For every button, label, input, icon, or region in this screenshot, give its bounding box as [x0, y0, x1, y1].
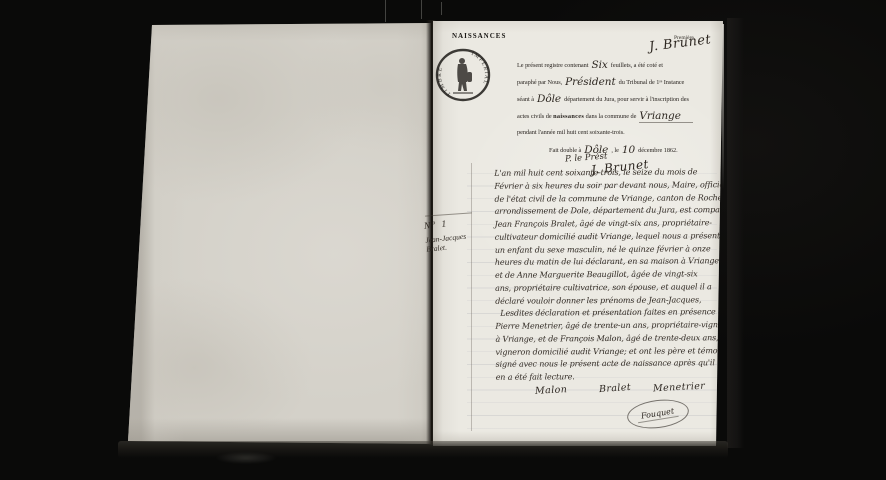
- preamble-line: paraphé par Nous,Présidentdu Tribunal de…: [517, 73, 723, 90]
- scanned-register-spread: NAISSANCES Première. J. Brunet TIMBRE IM…: [0, 0, 886, 480]
- page-crease: [113, 33, 135, 433]
- preamble-line: actes civils de naissances dans la commu…: [517, 107, 723, 124]
- act-line: Février à six heures du soir par devant …: [494, 179, 716, 193]
- preamble-line: Fait double àDôle, le10décembre 1862.: [517, 141, 723, 158]
- hand-fill-title: Président: [565, 76, 616, 88]
- left-page-blank: [127, 23, 431, 444]
- svg-text:IMPÉRIAL: IMPÉRIAL: [470, 51, 489, 86]
- witness-signature: Malon: [535, 384, 568, 397]
- preamble-line: séant àDôledépartement du Jura, pour ser…: [517, 90, 723, 107]
- act-line: à Vriange, et de François Malon, âgé de …: [495, 332, 717, 346]
- book-edge-shadow: [727, 18, 744, 448]
- hand-fill-commune: Vriange: [639, 110, 693, 123]
- registrar-signature-top: J. Brunet: [648, 32, 712, 54]
- mayor-seal-signature: Fouquet: [626, 396, 691, 431]
- act-line: signé avec nous le présent acte de naiss…: [496, 357, 718, 371]
- scan-smudge: [214, 452, 278, 464]
- act-line: et de Anne Marguerite Beaugillot, âgée d…: [495, 268, 717, 282]
- stamp-figure-icon: [453, 58, 473, 93]
- preamble-line: Le présent registre contenantSixfeuillet…: [517, 56, 723, 73]
- hand-fill-day: 10: [622, 144, 635, 156]
- film-scratch: [421, 0, 422, 19]
- page-crease: [120, 27, 143, 439]
- father-signature: Bralet: [599, 382, 632, 395]
- margin-rule-line: [471, 163, 472, 431]
- preamble-line: pendant l'année mil huit cent soixante-t…: [517, 124, 723, 141]
- act-line: ans, propriétaire cultivatrice, son épou…: [495, 281, 717, 295]
- svg-text:TIMBRE: TIMBRE: [437, 66, 452, 97]
- film-scratch: [441, 2, 442, 15]
- book-bottom-shadow: [118, 441, 728, 458]
- hand-fill-city: Dôle: [537, 93, 561, 105]
- margin-divider-line: [425, 212, 472, 216]
- act-line: Jean François Bralet, âgé de vingt-six a…: [495, 217, 717, 231]
- section-header: NAISSANCES: [452, 32, 506, 40]
- right-page-act: NAISSANCES Première. J. Brunet TIMBRE IM…: [433, 21, 723, 446]
- act-line: cultivateur domicilié audit Vriange, leq…: [495, 230, 717, 244]
- hand-fill-count: Six: [591, 59, 607, 71]
- film-scratch: [385, 0, 386, 22]
- acts-type-label: naissances: [553, 113, 584, 120]
- witness-signature: Menetrier: [653, 381, 706, 395]
- mayor-signature-text: Fouquet: [637, 405, 680, 422]
- act-body: L'an mil huit cent soixante-trois, le se…: [494, 166, 718, 384]
- revenue-stamp-icon: TIMBRE IMPÉRIAL: [434, 48, 492, 104]
- act-line: Pierre Menetrier, âgé de trente-un ans, …: [495, 319, 717, 333]
- act-line: L'an mil huit cent soixante-trois, le se…: [494, 166, 716, 180]
- printed-preamble: Le présent registre contenantSixfeuillet…: [517, 56, 723, 158]
- page-edge-highlight: [722, 24, 724, 190]
- margin-annotation: Nº 1 Jean-Jacques Bralet.: [423, 216, 480, 253]
